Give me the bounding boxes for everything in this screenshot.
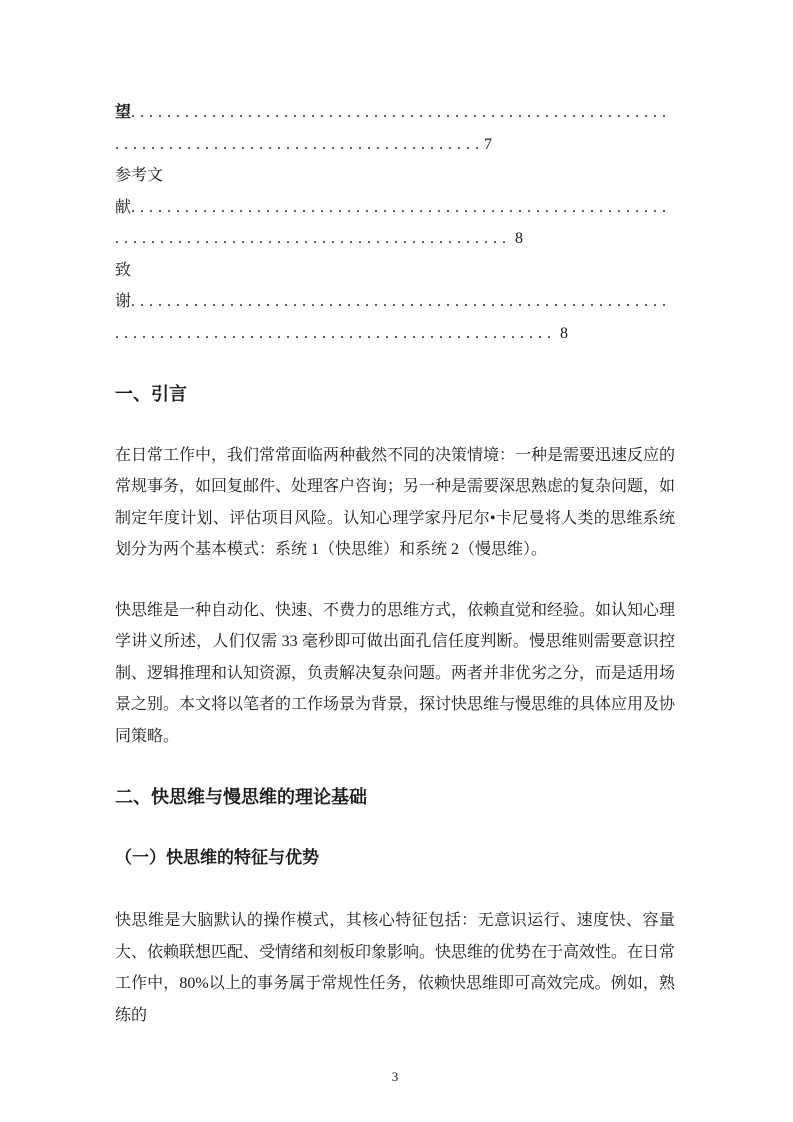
- page-number: 3: [115, 1067, 675, 1087]
- toc-entry-text: 参考文: [115, 167, 163, 184]
- section-heading-introduction: 一、引言: [115, 379, 675, 411]
- toc-entry-text: 谢: [115, 293, 131, 310]
- toc-page-number: 8: [511, 230, 523, 247]
- toc-dot-leader: ........................................…: [115, 136, 484, 153]
- toc-line: 谢.......................................…: [115, 286, 675, 318]
- toc-page-number: 8: [556, 325, 568, 342]
- toc-line: ........................................…: [115, 318, 675, 350]
- toc-entry-text: 望: [115, 104, 131, 121]
- paragraph-fast-thinking: 快思维是大脑默认的操作模式，其核心特征包括：无意识运行、速度快、容量大、依赖联想…: [115, 905, 675, 1031]
- toc-line: 献.......................................…: [115, 192, 675, 224]
- toc-line: 望.......................................…: [115, 97, 675, 129]
- toc-line: 致: [115, 255, 675, 287]
- toc-dot-leader: ........................................…: [131, 293, 671, 310]
- section-heading-theory: 二、快思维与慢思维的理论基础: [115, 782, 675, 814]
- toc-dot-leader: ........................................…: [115, 230, 511, 247]
- table-of-contents: 望.......................................…: [115, 97, 675, 349]
- document-page: 望.......................................…: [0, 0, 793, 1122]
- toc-entry-text: 献: [115, 199, 131, 216]
- toc-dot-leader: ........................................…: [115, 325, 556, 342]
- paragraph-intro-1: 在日常工作中，我们常常面临两种截然不同的决策情境：一种是需要迅速反应的常规事务，…: [115, 440, 675, 566]
- toc-dot-leader: ........................................…: [131, 199, 671, 216]
- subsection-heading-fast-thinking: （一）快思维的特征与优势: [115, 842, 675, 874]
- toc-page-number: 7: [484, 136, 492, 153]
- paragraph-intro-2: 快思维是一种自动化、快速、不费力的思维方式，依赖直觉和经验。如认知心理学讲义所述…: [115, 595, 675, 753]
- toc-line: 参考文: [115, 160, 675, 192]
- toc-line: ........................................…: [115, 223, 675, 255]
- toc-entry-text: 致: [115, 262, 131, 279]
- toc-line: ........................................…: [115, 129, 675, 161]
- toc-dot-leader: ........................................…: [131, 104, 671, 121]
